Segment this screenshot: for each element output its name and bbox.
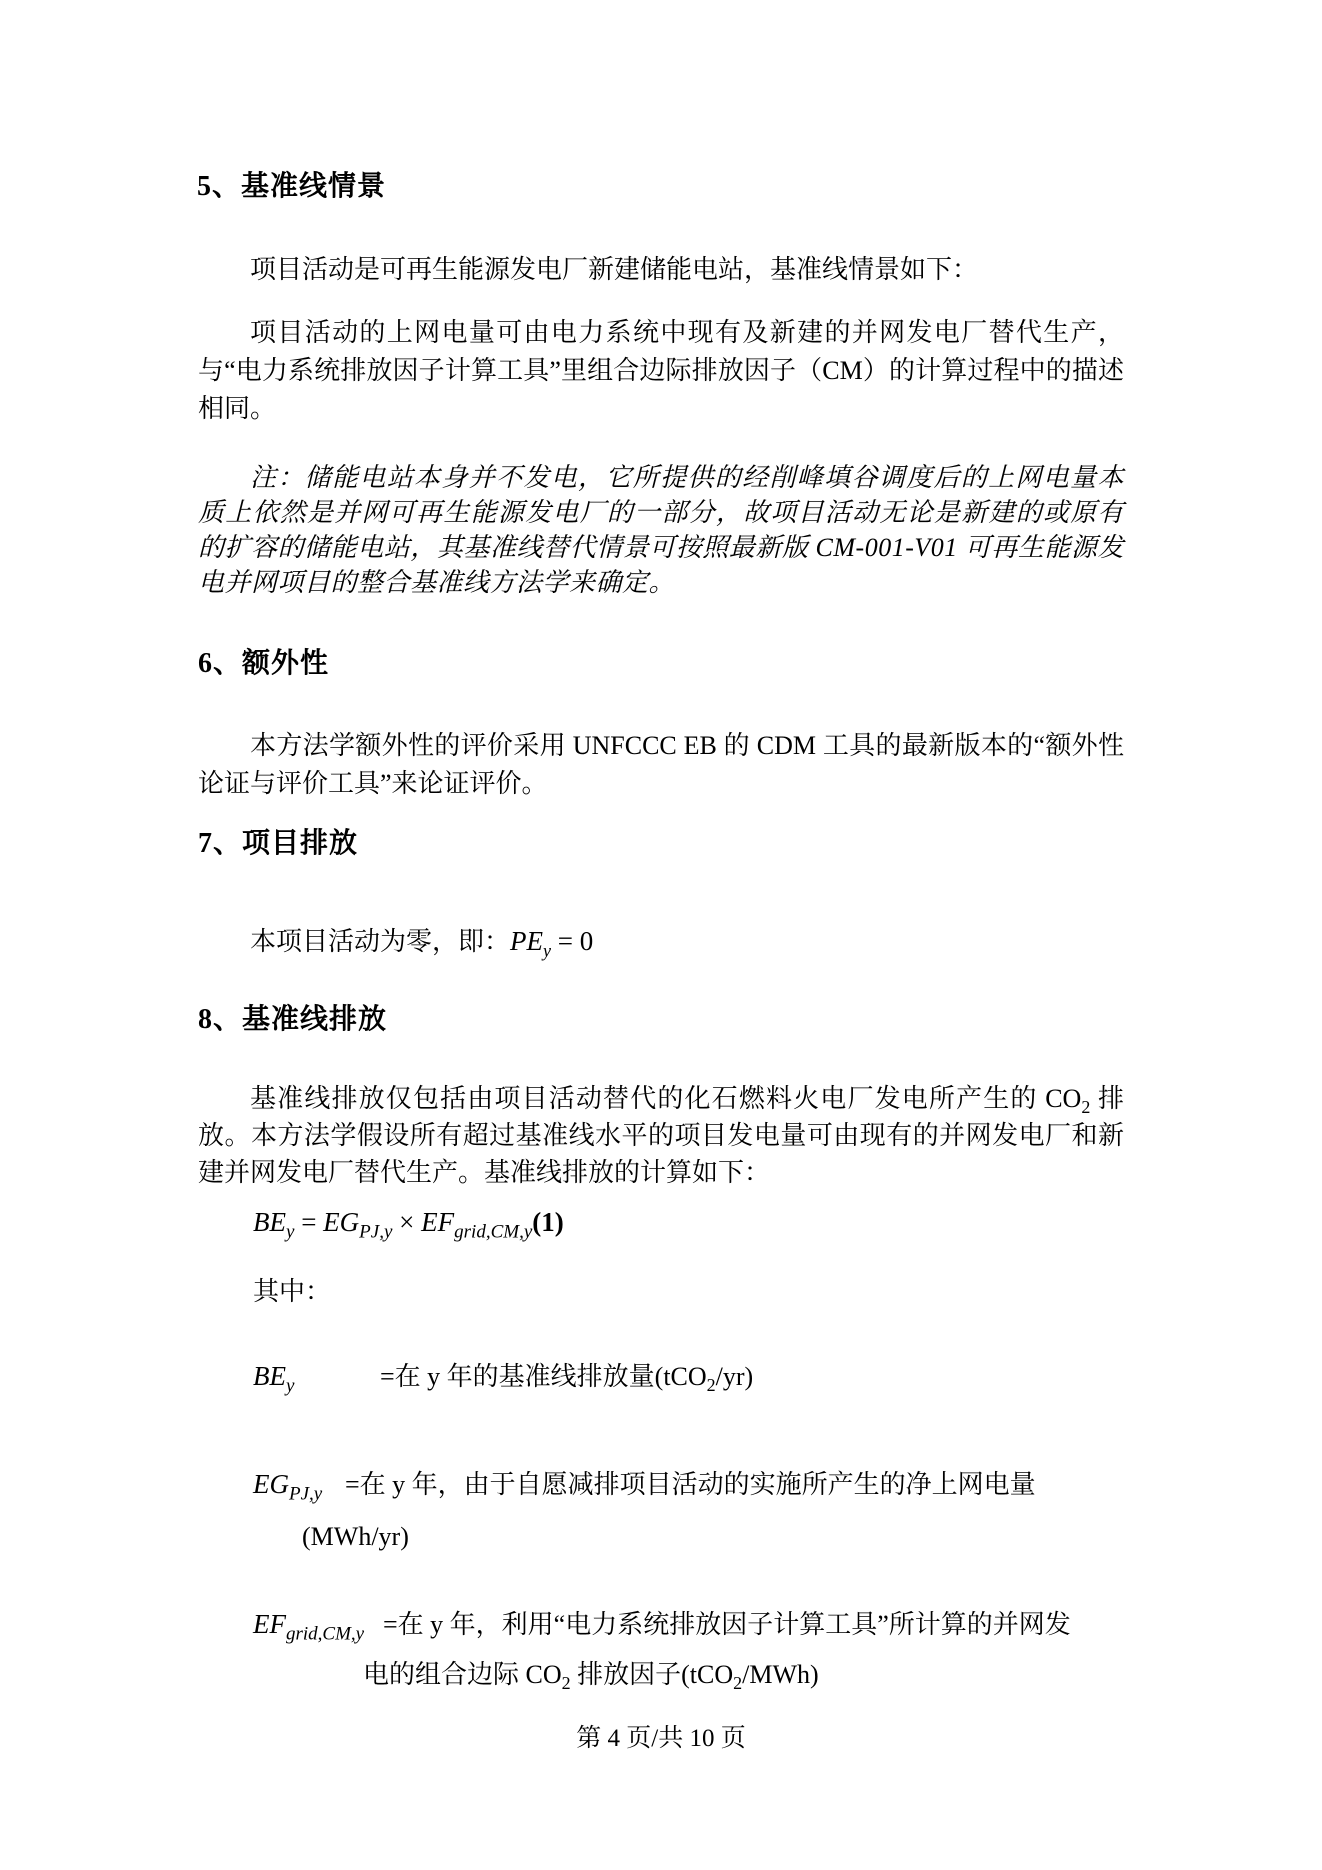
pe-equals-zero: = 0 (551, 926, 593, 956)
section6-paragraph-1: 本方法学额外性的评价采用 UNFCCC EB 的 CDM 工具的最新版本的“额外… (198, 727, 1124, 803)
ef-variable: EF (421, 1207, 454, 1237)
section5-note: 注：储能电站本身并不发电，它所提供的经削峰填谷调度后的上网电量本质上依然是并网可… (198, 460, 1124, 600)
ef-variable: EF (253, 1609, 286, 1639)
baseline-emission-equation: BEy = EGPJ,y × EFgrid,CM,y(1) (253, 1206, 564, 1238)
ef-definition-text-a: 电的组合边际 CO (363, 1660, 562, 1689)
definition-term-ef: EFgrid,CM,y (253, 1608, 364, 1640)
pe-subscript: y (543, 940, 551, 960)
definition-term-be: BEy (253, 1360, 294, 1392)
be-variable: BE (253, 1361, 286, 1391)
section7-paragraph-1: 本项目活动为零，即：PEy = 0 (198, 923, 1124, 961)
ef-subscript: grid,CM,y (454, 1221, 532, 1242)
definition-desc-ef-line2: 电的组合边际 CO2 排放因子(tCO2/MWh) (363, 1658, 819, 1692)
co2-subscript: 2 (562, 1673, 571, 1693)
equals-sign: = (294, 1207, 323, 1237)
project-emission-statement: 本项目活动为零，即： (250, 927, 510, 956)
section6-heading: 6、额外性 (198, 647, 329, 681)
definition-desc-eg-line2: (MWh/yr) (302, 1520, 409, 1554)
ef-definition-text-b: 排放因子(tCO (571, 1660, 734, 1689)
where-label: 其中： (253, 1275, 331, 1309)
ef-subscript: grid,CM,y (286, 1623, 364, 1644)
be-definition-unit: /yr) (716, 1362, 754, 1391)
be-subscript: y (286, 1375, 294, 1396)
section7-heading: 7、项目排放 (198, 827, 358, 861)
page-number-footer: 第 4 页/共 10 页 (0, 1724, 1322, 1754)
tco2-subscript: 2 (733, 1673, 742, 1693)
tco2-subscript: 2 (707, 1375, 716, 1395)
eg-variable: EG (323, 1207, 359, 1237)
definition-desc-ef-line1: =在 y 年，利用“电力系统排放因子计算工具”所计算的并网发 (383, 1608, 1071, 1642)
be-definition-text: =在 y 年的基准线排放量(tCO (380, 1362, 707, 1391)
section8-heading: 8、基准线排放 (198, 1003, 387, 1037)
definition-term-eg: EGPJ,y (253, 1468, 322, 1500)
co2-subscript: 2 (1081, 1097, 1090, 1117)
multiply-sign: × (392, 1207, 421, 1237)
pe-variable: PE (510, 926, 543, 956)
equation-number: (1) (532, 1207, 563, 1237)
definition-desc-eg-line1: =在 y 年，由于自愿减排项目活动的实施所产生的净上网电量 (345, 1468, 1036, 1502)
document-page: 5、基准线情景 项目活动是可再生能源发电厂新建储能电站，基准线情景如下： 项目活… (0, 0, 1322, 1870)
eg-subscript: PJ,y (359, 1221, 392, 1242)
eg-variable: EG (253, 1469, 289, 1499)
section8-paragraph-1: 基准线排放仅包括由项目活动替代的化石燃料火电厂发电所产生的 CO2 排放。本方法… (198, 1080, 1124, 1191)
section5-heading: 5、基准线情景 (197, 170, 386, 204)
section5-paragraph-2: 项目活动的上网电量可由电力系统中现有及新建的并网发电厂替代生产，与“电力系统排放… (198, 314, 1124, 428)
section5-paragraph-1: 项目活动是可再生能源发电厂新建储能电站，基准线情景如下： (198, 251, 1124, 289)
definition-desc-be: =在 y 年的基准线排放量(tCO2/yr) (380, 1360, 753, 1394)
baseline-emission-text-a: 基准线排放仅包括由项目活动替代的化石燃料火电厂发电所产生的 CO (250, 1084, 1081, 1113)
eg-subscript: PJ,y (289, 1483, 322, 1504)
be-variable: BE (253, 1207, 286, 1237)
ef-definition-unit: /MWh) (742, 1660, 819, 1689)
